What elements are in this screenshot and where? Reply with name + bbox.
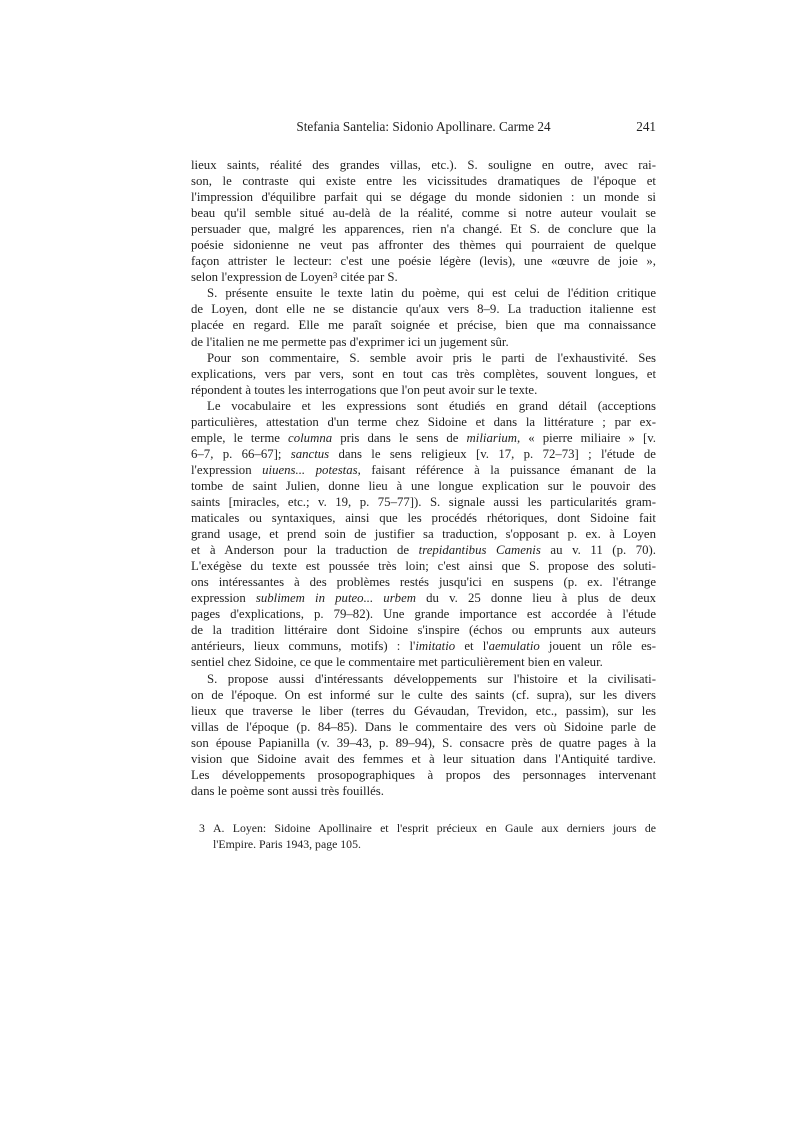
footnote-reference-mark: 3 — [333, 270, 337, 280]
text-segment: au v. 11 (p. 70). — [541, 543, 656, 557]
text-line: Pour son commentaire, S. semble avoir pr… — [191, 350, 656, 366]
text-line: façon attrister le lecteur: c'est une po… — [191, 253, 656, 269]
text-segment: de Loyen, dont elle ne se distancie qu'a… — [191, 302, 656, 316]
text-segment: de l'italien ne me permette pas d'exprim… — [191, 335, 509, 349]
text-line: lieux saints, réalité des grandes villas… — [191, 157, 656, 173]
paragraph: S. présente ensuite le texte latin du po… — [191, 285, 656, 349]
text-segment: lieux que traverse le liber (terres du G… — [191, 704, 656, 718]
footnote-number: 3 — [199, 821, 213, 852]
latin-term: sanctus — [291, 447, 329, 461]
text-segment: et à Anderson pour la traduction de — [191, 543, 419, 557]
text-line: poésie sidonienne ne veut pas affronter … — [191, 237, 656, 253]
text-line: son épouse Papianilla (v. 39–43, p. 89–9… — [191, 735, 656, 751]
text-line: maticales ou syntaxiques, ainsi que les … — [191, 510, 656, 526]
text-line: S. présente ensuite le texte latin du po… — [191, 285, 656, 301]
text-segment: ons intéressantes à des problèmes restés… — [191, 575, 656, 589]
text-segment: pages d'explications, p. 79–82). Une gra… — [191, 607, 656, 621]
text-segment: façon attrister le lecteur: c'est une po… — [191, 254, 656, 268]
text-segment: tombe de saint Julien, donne lieu à une … — [191, 479, 656, 493]
text-segment: citée par S. — [337, 270, 397, 284]
text-segment: grand usage, et prend soin de justifier … — [191, 527, 656, 541]
text-segment: sentiel chez Sidoine, ce que le commenta… — [191, 655, 603, 669]
text-line: lieux que traverse le liber (terres du G… — [191, 703, 656, 719]
text-segment: pris dans le sens de — [332, 431, 466, 445]
latin-term: aemulatio — [489, 639, 540, 653]
footnote-line: A. Loyen: Sidoine Apollinaire et l'espri… — [213, 821, 656, 837]
text-line: on de l'époque. On est informé sur le cu… — [191, 687, 656, 703]
text-segment: l'impression d'équilibre parfait qui se … — [191, 190, 656, 204]
text-segment: explications, vers par vers, sont en tou… — [191, 367, 656, 381]
text-line: répondent à toutes les interrogations qu… — [191, 382, 656, 398]
page-number: 241 — [636, 119, 656, 135]
text-segment: vision que Sidoine avait des femmes et à… — [191, 752, 656, 766]
footnote-text: A. Loyen: Sidoine Apollinaire et l'espri… — [213, 821, 656, 852]
text-segment: L'exégèse du texte est poussée très loin… — [191, 559, 656, 573]
text-line: l'impression d'équilibre parfait qui se … — [191, 189, 656, 205]
text-line: et à Anderson pour la traduction de trep… — [191, 542, 656, 558]
running-header: Stefania Santelia: Sidonio Apollinare. C… — [191, 119, 656, 135]
text-segment: Les développements prosopographiques à p… — [191, 768, 656, 782]
text-segment: dans le poème sont aussi très fouillés. — [191, 784, 384, 798]
text-line: L'exégèse du texte est poussée très loin… — [191, 558, 656, 574]
text-line: emple, le terme columna pris dans le sen… — [191, 430, 656, 446]
text-line: placée en regard. Elle me paraît soignée… — [191, 317, 656, 333]
document-page: Stefania Santelia: Sidonio Apollinare. C… — [0, 0, 800, 1131]
text-segment: S. présente ensuite le texte latin du po… — [207, 286, 656, 300]
text-line: dans le poème sont aussi très fouillés. — [191, 783, 656, 799]
body-text: lieux saints, réalité des grandes villas… — [191, 157, 656, 799]
running-header-title: Stefania Santelia: Sidonio Apollinare. C… — [191, 119, 656, 135]
text-segment: l'expression — [191, 463, 262, 477]
text-line: explications, vers par vers, sont en tou… — [191, 366, 656, 382]
text-segment: persuader que, malgré les apparences, ri… — [191, 222, 656, 236]
text-line: de la tradition littéraire dont Sidoine … — [191, 622, 656, 638]
text-segment: beau qu'il semble situé au-delà de la ré… — [191, 206, 656, 220]
text-segment: du v. 25 donne lieu à plus de deux — [416, 591, 656, 605]
text-segment: S. propose aussi d'intéressants développ… — [207, 672, 656, 686]
paragraph: Le vocabulaire et les expressions sont é… — [191, 398, 656, 671]
text-segment: Le vocabulaire et les expressions sont é… — [207, 399, 656, 413]
footnote: 3 A. Loyen: Sidoine Apollinaire et l'esp… — [199, 821, 656, 852]
text-segment: antérieurs, lieux communs, motifs) : l' — [191, 639, 415, 653]
latin-term: uiuens... potestas — [262, 463, 357, 477]
latin-term: trepidantibus Camenis — [419, 543, 541, 557]
text-line: villas de l'époque (p. 84–85). Dans le c… — [191, 719, 656, 735]
text-segment: poésie sidonienne ne veut pas affronter … — [191, 238, 656, 252]
text-segment: répondent à toutes les interrogations qu… — [191, 383, 537, 397]
text-segment: lieux saints, réalité des grandes villas… — [191, 158, 656, 172]
text-line: ons intéressantes à des problèmes restés… — [191, 574, 656, 590]
text-segment: selon l'expression de Loyen — [191, 270, 333, 284]
text-line: saints [miracles, etc.; v. 19, p. 75–77]… — [191, 494, 656, 510]
text-line: Le vocabulaire et les expressions sont é… — [191, 398, 656, 414]
text-segment: maticales ou syntaxiques, ainsi que les … — [191, 511, 656, 525]
text-segment: placée en regard. Elle me paraît soignée… — [191, 318, 656, 332]
text-line: expression sublimem in puteo... urbem du… — [191, 590, 656, 606]
text-segment: on de l'époque. On est informé sur le cu… — [191, 688, 656, 702]
latin-term: sublimem in puteo... urbem — [256, 591, 416, 605]
text-segment: saints [miracles, etc.; v. 19, p. 75–77]… — [191, 495, 656, 509]
text-line: S. propose aussi d'intéressants développ… — [191, 671, 656, 687]
text-line: son, le contraste qui existe entre les v… — [191, 173, 656, 189]
text-line: l'expression uiuens... potestas, faisant… — [191, 462, 656, 478]
text-line: antérieurs, lieux communs, motifs) : l'i… — [191, 638, 656, 654]
text-line: vision que Sidoine avait des femmes et à… — [191, 751, 656, 767]
text-line: persuader que, malgré les apparences, ri… — [191, 221, 656, 237]
text-line: particulières, attestation d'un terme ch… — [191, 414, 656, 430]
text-line: sentiel chez Sidoine, ce que le commenta… — [191, 654, 656, 670]
text-line: pages d'explications, p. 79–82). Une gra… — [191, 606, 656, 622]
text-segment: villas de l'époque (p. 84–85). Dans le c… — [191, 720, 656, 734]
latin-term: columna — [288, 431, 332, 445]
text-segment: expression — [191, 591, 256, 605]
text-line: tombe de saint Julien, donne lieu à une … — [191, 478, 656, 494]
text-line: 6–7, p. 66–67]; sanctus dans le sens rel… — [191, 446, 656, 462]
text-segment: particulières, attestation d'un terme ch… — [191, 415, 656, 429]
footnote-line: l'Empire. Paris 1943, page 105. — [213, 837, 656, 853]
text-line: beau qu'il semble situé au-delà de la ré… — [191, 205, 656, 221]
paragraph: S. propose aussi d'intéressants développ… — [191, 671, 656, 799]
paragraph: lieux saints, réalité des grandes villas… — [191, 157, 656, 285]
text-line: Les développements prosopographiques à p… — [191, 767, 656, 783]
text-segment: 6–7, p. 66–67]; — [191, 447, 291, 461]
paragraph: Pour son commentaire, S. semble avoir pr… — [191, 350, 656, 398]
text-segment: dans le sens religieux [v. 17, p. 72–73]… — [329, 447, 656, 461]
text-segment: son, le contraste qui existe entre les v… — [191, 174, 656, 188]
text-segment: emple, le terme — [191, 431, 288, 445]
text-line: de Loyen, dont elle ne se distancie qu'a… — [191, 301, 656, 317]
latin-term: imitatio — [415, 639, 455, 653]
text-line: selon l'expression de Loyen3 citée par S… — [191, 269, 656, 285]
text-line: de l'italien ne me permette pas d'exprim… — [191, 334, 656, 350]
text-segment: et l' — [455, 639, 488, 653]
text-segment: Pour son commentaire, S. semble avoir pr… — [207, 351, 656, 365]
text-segment: jouent un rôle es- — [540, 639, 656, 653]
text-segment: , faisant référence à la puissance émana… — [358, 463, 656, 477]
text-segment: , « pierre miliaire » [v. — [517, 431, 656, 445]
text-line: grand usage, et prend soin de justifier … — [191, 526, 656, 542]
latin-term: miliarium — [467, 431, 517, 445]
text-segment: son épouse Papianilla (v. 39–43, p. 89–9… — [191, 736, 656, 750]
text-segment: de la tradition littéraire dont Sidoine … — [191, 623, 656, 637]
